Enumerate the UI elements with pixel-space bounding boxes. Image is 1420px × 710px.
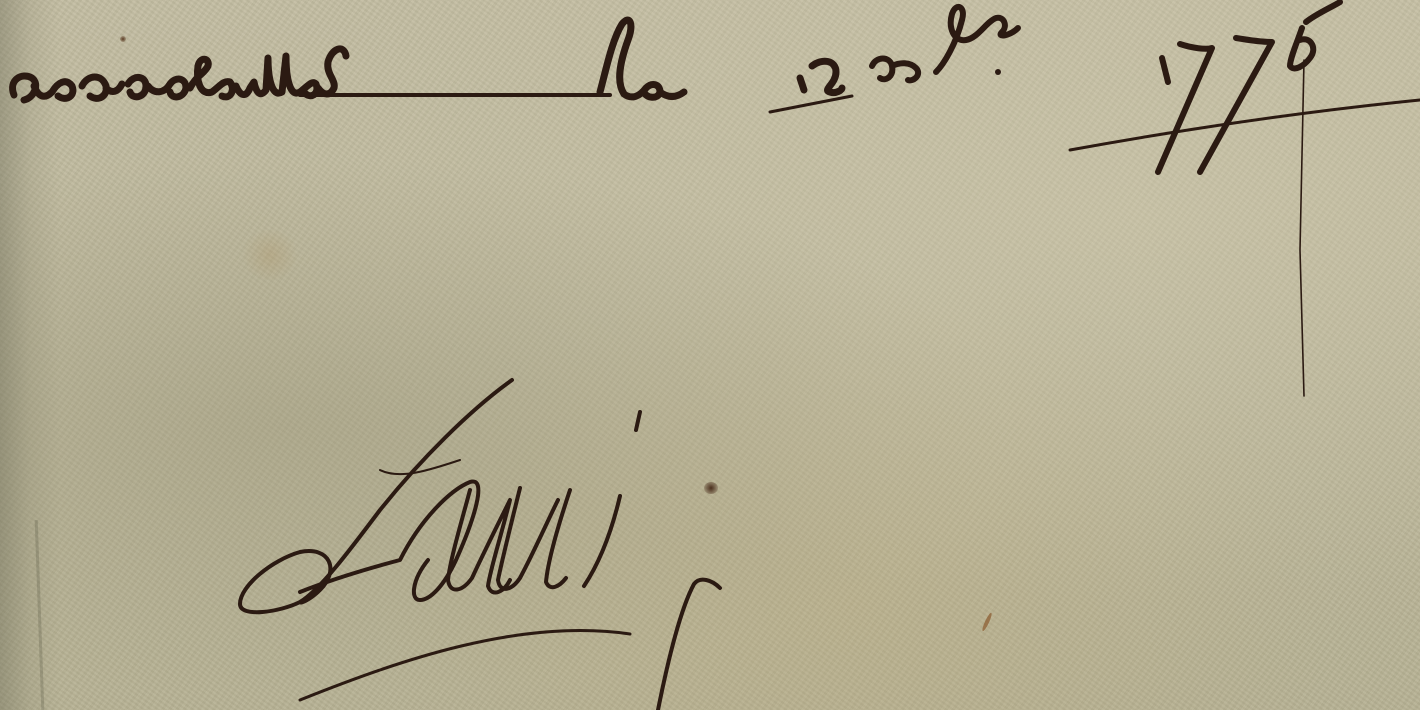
dateline-year-script xyxy=(1070,2,1420,172)
signature-script xyxy=(240,380,720,710)
ruling-line xyxy=(1300,60,1304,396)
handwriting-ink xyxy=(0,0,1420,710)
dateline-day-script xyxy=(770,61,852,112)
manuscript-page: à Versailles le 12 x.bre 1775 Louis xyxy=(0,0,1420,710)
dateline-place-script xyxy=(13,20,684,100)
dateline-month-script xyxy=(872,7,1018,80)
